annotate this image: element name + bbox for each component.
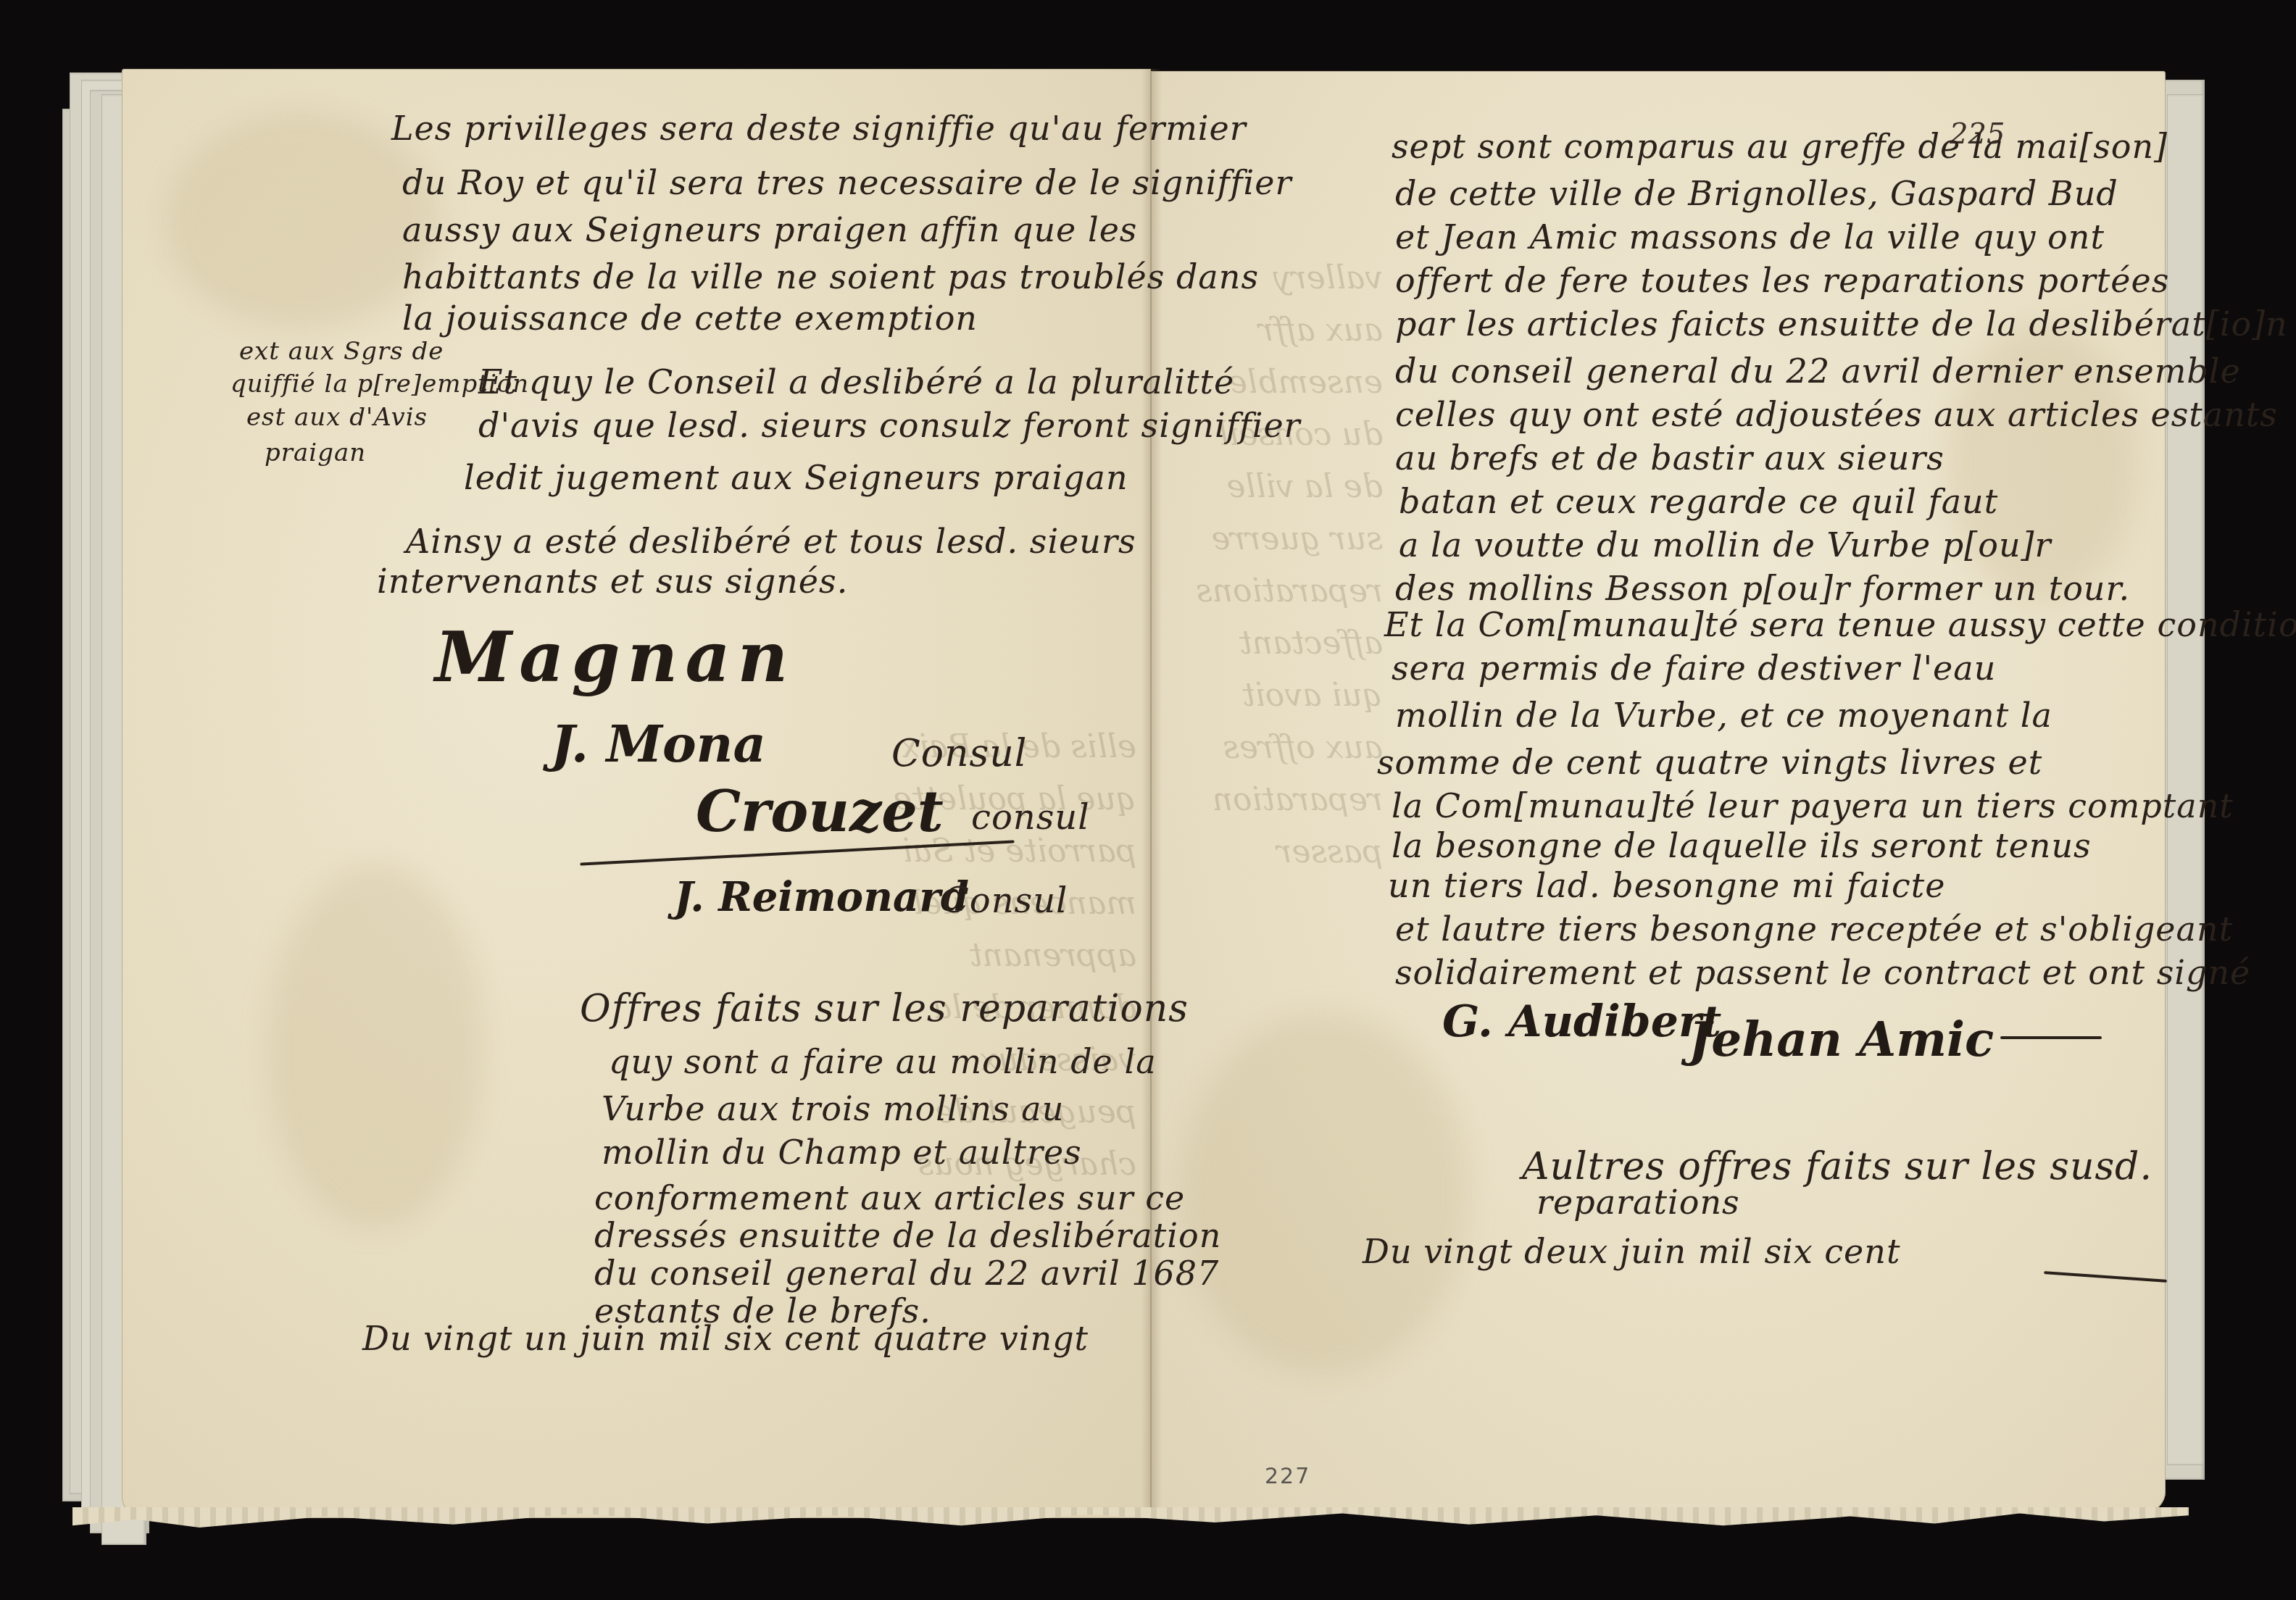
date-line: Du vingt deux juin mil six cent [1363, 1232, 1900, 1271]
manuscript-line: mollin de la Vurbe, et ce moyenant la [1395, 696, 2052, 735]
signature: Crouzet [696, 779, 944, 845]
margin-note: ext aux Sgrs de [239, 337, 444, 366]
manuscript-line: Vurbe aux trois mollins au [602, 1089, 1064, 1128]
manuscript-line: ledit jugement aux Seigneurs praigan [464, 458, 1128, 497]
paper-stain [1180, 1013, 1470, 1375]
manuscript-line: aussy aux Seigneurs praigen affin que le… [402, 210, 1137, 249]
manuscript-line: Ainsy a esté deslibéré et tous lesd. sie… [406, 522, 1136, 561]
margin-note: praigan [265, 438, 366, 467]
manuscript-line: Et la Com[munau]té sera tenue aussy cett… [1384, 605, 2296, 644]
manuscript-line: la Com[munau]té leur payera un tiers com… [1392, 786, 2234, 825]
signature-title: Consul [942, 880, 1068, 921]
section-heading: Aultres offres faits sur les susd. [1522, 1145, 2152, 1188]
manuscript-line: habittants de la ville ne soient pas tro… [402, 257, 1259, 296]
signature: Magnan [435, 616, 795, 698]
manuscript-line: somme de cent quatre vingts livres et [1377, 743, 2042, 782]
manuscript-line: intervenants et sus signés. [377, 562, 848, 601]
manuscript-line: la jouissance de cette exemption [402, 299, 978, 338]
manuscript-line: et lautre tiers besongne receptée et s'o… [1395, 909, 2233, 949]
scan-background: ellis de la Baixque la pouletteparroite … [0, 0, 2296, 1600]
manuscript-line: conformement aux articles sur ce [594, 1178, 1185, 1217]
paper-stain [267, 866, 484, 1228]
manuscript-line: du conseil general du 22 avril dernier e… [1395, 351, 2241, 391]
signature-title: Consul [891, 732, 1027, 775]
manuscript-line: au brefs et de bastir aux sieurs [1395, 438, 1944, 478]
manuscript-line: batan et ceux regarde ce quil faut [1399, 482, 1998, 521]
signature: Jehan Amic [1689, 1011, 1994, 1067]
signature-flourish [2000, 1036, 2102, 1039]
manuscript-line: des mollins Besson p[ou]r former un tour… [1395, 569, 2130, 608]
date-line: Du vingt un juin mil six cent quatre vin… [362, 1319, 1089, 1358]
manuscript-line: mollin du Champ et aultres [602, 1133, 1082, 1172]
signature: J. Reimonard [674, 873, 969, 921]
manuscript-line: a la voutte du mollin de Vurbe p[ou]r [1399, 525, 2051, 564]
manuscript-line: par les articles faicts ensuitte de la d… [1395, 304, 2288, 343]
manuscript-line: du Roy et qu'il sera tres necessaire de … [402, 163, 1291, 202]
manuscript-line: et Jean Amic massons de la ville quy ont [1395, 217, 2105, 257]
page-edge-stack [2167, 94, 2205, 1465]
signature: J. Mona [551, 714, 766, 774]
manuscript-line: du conseil general du 22 avril 1687 [594, 1254, 1219, 1293]
manuscript-line: Les privilleges sera deste signiffie qu'… [391, 109, 1247, 148]
manuscript-line: dressés ensuitte de la deslibération [594, 1216, 1221, 1255]
pencil-folio-number: 227 [1265, 1464, 1310, 1489]
manuscript-line: celles quy ont esté adjoustées aux artic… [1395, 395, 2278, 434]
manuscript-line: sept sont comparus au greffe de la mai[s… [1392, 127, 2168, 166]
manuscript-line: quy sont a faire au mollin de la [609, 1042, 1157, 1081]
manuscript-line: solidairement et passent le contract et … [1395, 953, 2250, 992]
manuscript-line: sera permis de faire destiver l'eau [1392, 649, 1996, 688]
manuscript-line: un tiers lad. besongne mi faicte [1388, 866, 1945, 905]
manuscript-line: Et quy le Conseil a deslibéré a la plura… [478, 362, 1234, 401]
signature-title: consul [971, 797, 1090, 838]
margin-note: est aux d'Avis [246, 403, 428, 432]
manuscript-line: d'avis que lesd. sieurs consulz feront s… [478, 406, 1301, 445]
manuscript-line: reparations [1536, 1183, 1740, 1222]
signature: G. Audibert [1442, 996, 1721, 1047]
manuscript-line: offert de fere toutes les reparations po… [1395, 261, 2169, 300]
manuscript-line: de cette ville de Brignolles, Gaspard Bu… [1395, 174, 2118, 213]
section-heading: Offres faits sur les reparations [580, 987, 1189, 1030]
manuscript-line: la besongne de laquelle ils seront tenus [1392, 826, 2092, 865]
